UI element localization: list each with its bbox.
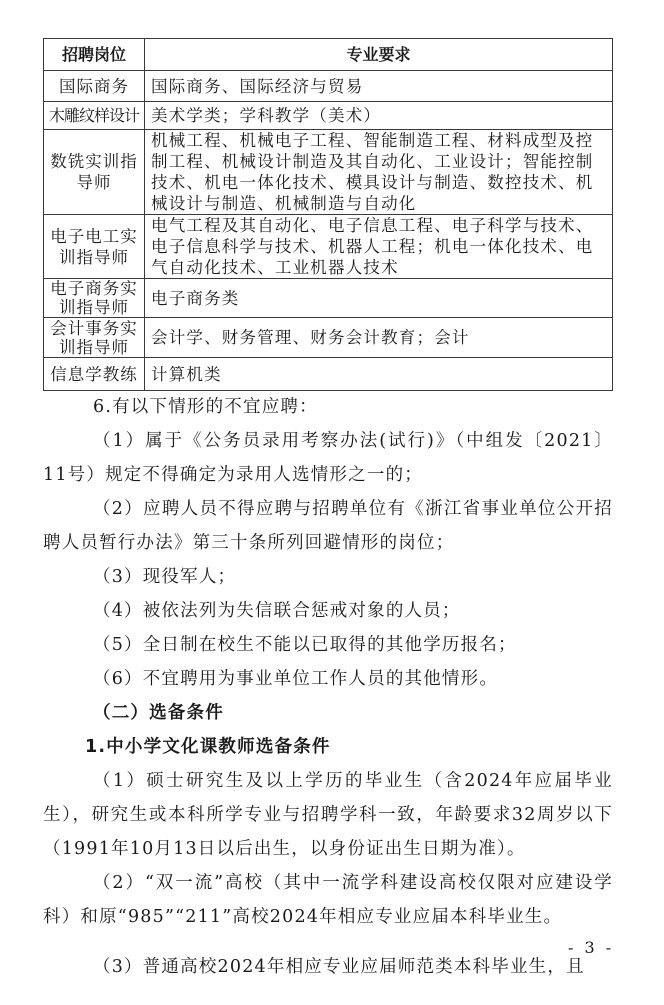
sub1-point-2: （2）“双一流”高校（其中一流学科建设高校仅限对应建设学科）和原“985”“21… bbox=[43, 866, 613, 934]
page-number: - 3 - bbox=[568, 938, 614, 957]
table-row: 国际商务 国际商务、国际经济与贸易 bbox=[44, 71, 613, 102]
majors-cell: 计算机类 bbox=[145, 358, 613, 391]
position-cell: 信息学教练 bbox=[44, 358, 145, 391]
item6-point-3: （3）现役军人； bbox=[43, 560, 613, 594]
position-cell: 电子商务实训指导师 bbox=[44, 279, 145, 318]
item6-point-2: （2）应聘人员不得应聘与招聘单位有《浙江省事业单位公开招聘人员暂行办法》第三十条… bbox=[43, 492, 613, 560]
majors-cell: 美术学类；学科教学（美术） bbox=[145, 102, 613, 130]
table-row: 数铣实训指导师 机械工程、机械电子工程、智能制造工程、材料成型及控制工程、机械设… bbox=[44, 130, 613, 215]
item6-title: 6.有以下情形的不宜应聘： bbox=[43, 390, 613, 424]
item6-point-4: （4）被依法列为失信联合惩戒对象的人员； bbox=[43, 594, 613, 628]
position-cell: 会计事务实训指导师 bbox=[44, 318, 145, 358]
position-cell: 数铣实训指导师 bbox=[44, 130, 145, 215]
section2-heading: （二）选备条件 bbox=[43, 696, 613, 730]
subsection1-heading: 1.中小学文化课教师选备条件 bbox=[43, 730, 613, 764]
majors-cell: 电气工程及其自动化、电子信息工程、电子科学与技术、电子信息科学与技术、机器人工程… bbox=[145, 215, 613, 279]
table-row: 会计事务实训指导师 会计学、财务管理、财务会计教育；会计 bbox=[44, 318, 613, 358]
sub1-point-3: （3）普通高校2024年相应专业应届师范类本科毕业生，且 bbox=[43, 950, 613, 984]
position-cell: 国际商务 bbox=[44, 71, 145, 102]
majors-cell: 电子商务类 bbox=[145, 279, 613, 318]
majors-cell: 机械工程、机械电子工程、智能制造工程、材料成型及控制工程、机械设计制造及其自动化… bbox=[145, 130, 613, 215]
document-page: 招聘岗位 专业要求 国际商务 国际商务、国际经济与贸易 木雕纹样设计 美术学类；… bbox=[0, 0, 664, 1005]
table-header-row: 招聘岗位 专业要求 bbox=[44, 39, 613, 71]
table-row: 电子电工实训指导师 电气工程及其自动化、电子信息工程、电子科学与技术、电子信息科… bbox=[44, 215, 613, 279]
table-row: 信息学教练 计算机类 bbox=[44, 358, 613, 391]
requirements-table: 招聘岗位 专业要求 国际商务 国际商务、国际经济与贸易 木雕纹样设计 美术学类；… bbox=[43, 38, 613, 391]
majors-cell: 会计学、财务管理、财务会计教育；会计 bbox=[145, 318, 613, 358]
header-position: 招聘岗位 bbox=[44, 39, 145, 71]
table-row: 木雕纹样设计 美术学类；学科教学（美术） bbox=[44, 102, 613, 130]
position-cell: 电子电工实训指导师 bbox=[44, 215, 145, 279]
table-row: 电子商务实训指导师 电子商务类 bbox=[44, 279, 613, 318]
item6-point-1: （1）属于《公务员录用考察办法(试行)》（中组发〔2021〕11号）规定不得确定… bbox=[43, 424, 613, 492]
majors-cell: 国际商务、国际经济与贸易 bbox=[145, 71, 613, 102]
item6-point-6: （6）不宜聘用为事业单位工作人员的其他情形。 bbox=[43, 662, 613, 696]
header-majors: 专业要求 bbox=[145, 39, 613, 71]
item6-point-5: （5）全日制在校生不能以已取得的其他学历报名； bbox=[43, 628, 613, 662]
sub1-point-1: （1）硕士研究生及以上学历的毕业生（含2024年应届毕业生），研究生或本科所学专… bbox=[43, 764, 613, 866]
position-cell: 木雕纹样设计 bbox=[44, 102, 145, 130]
